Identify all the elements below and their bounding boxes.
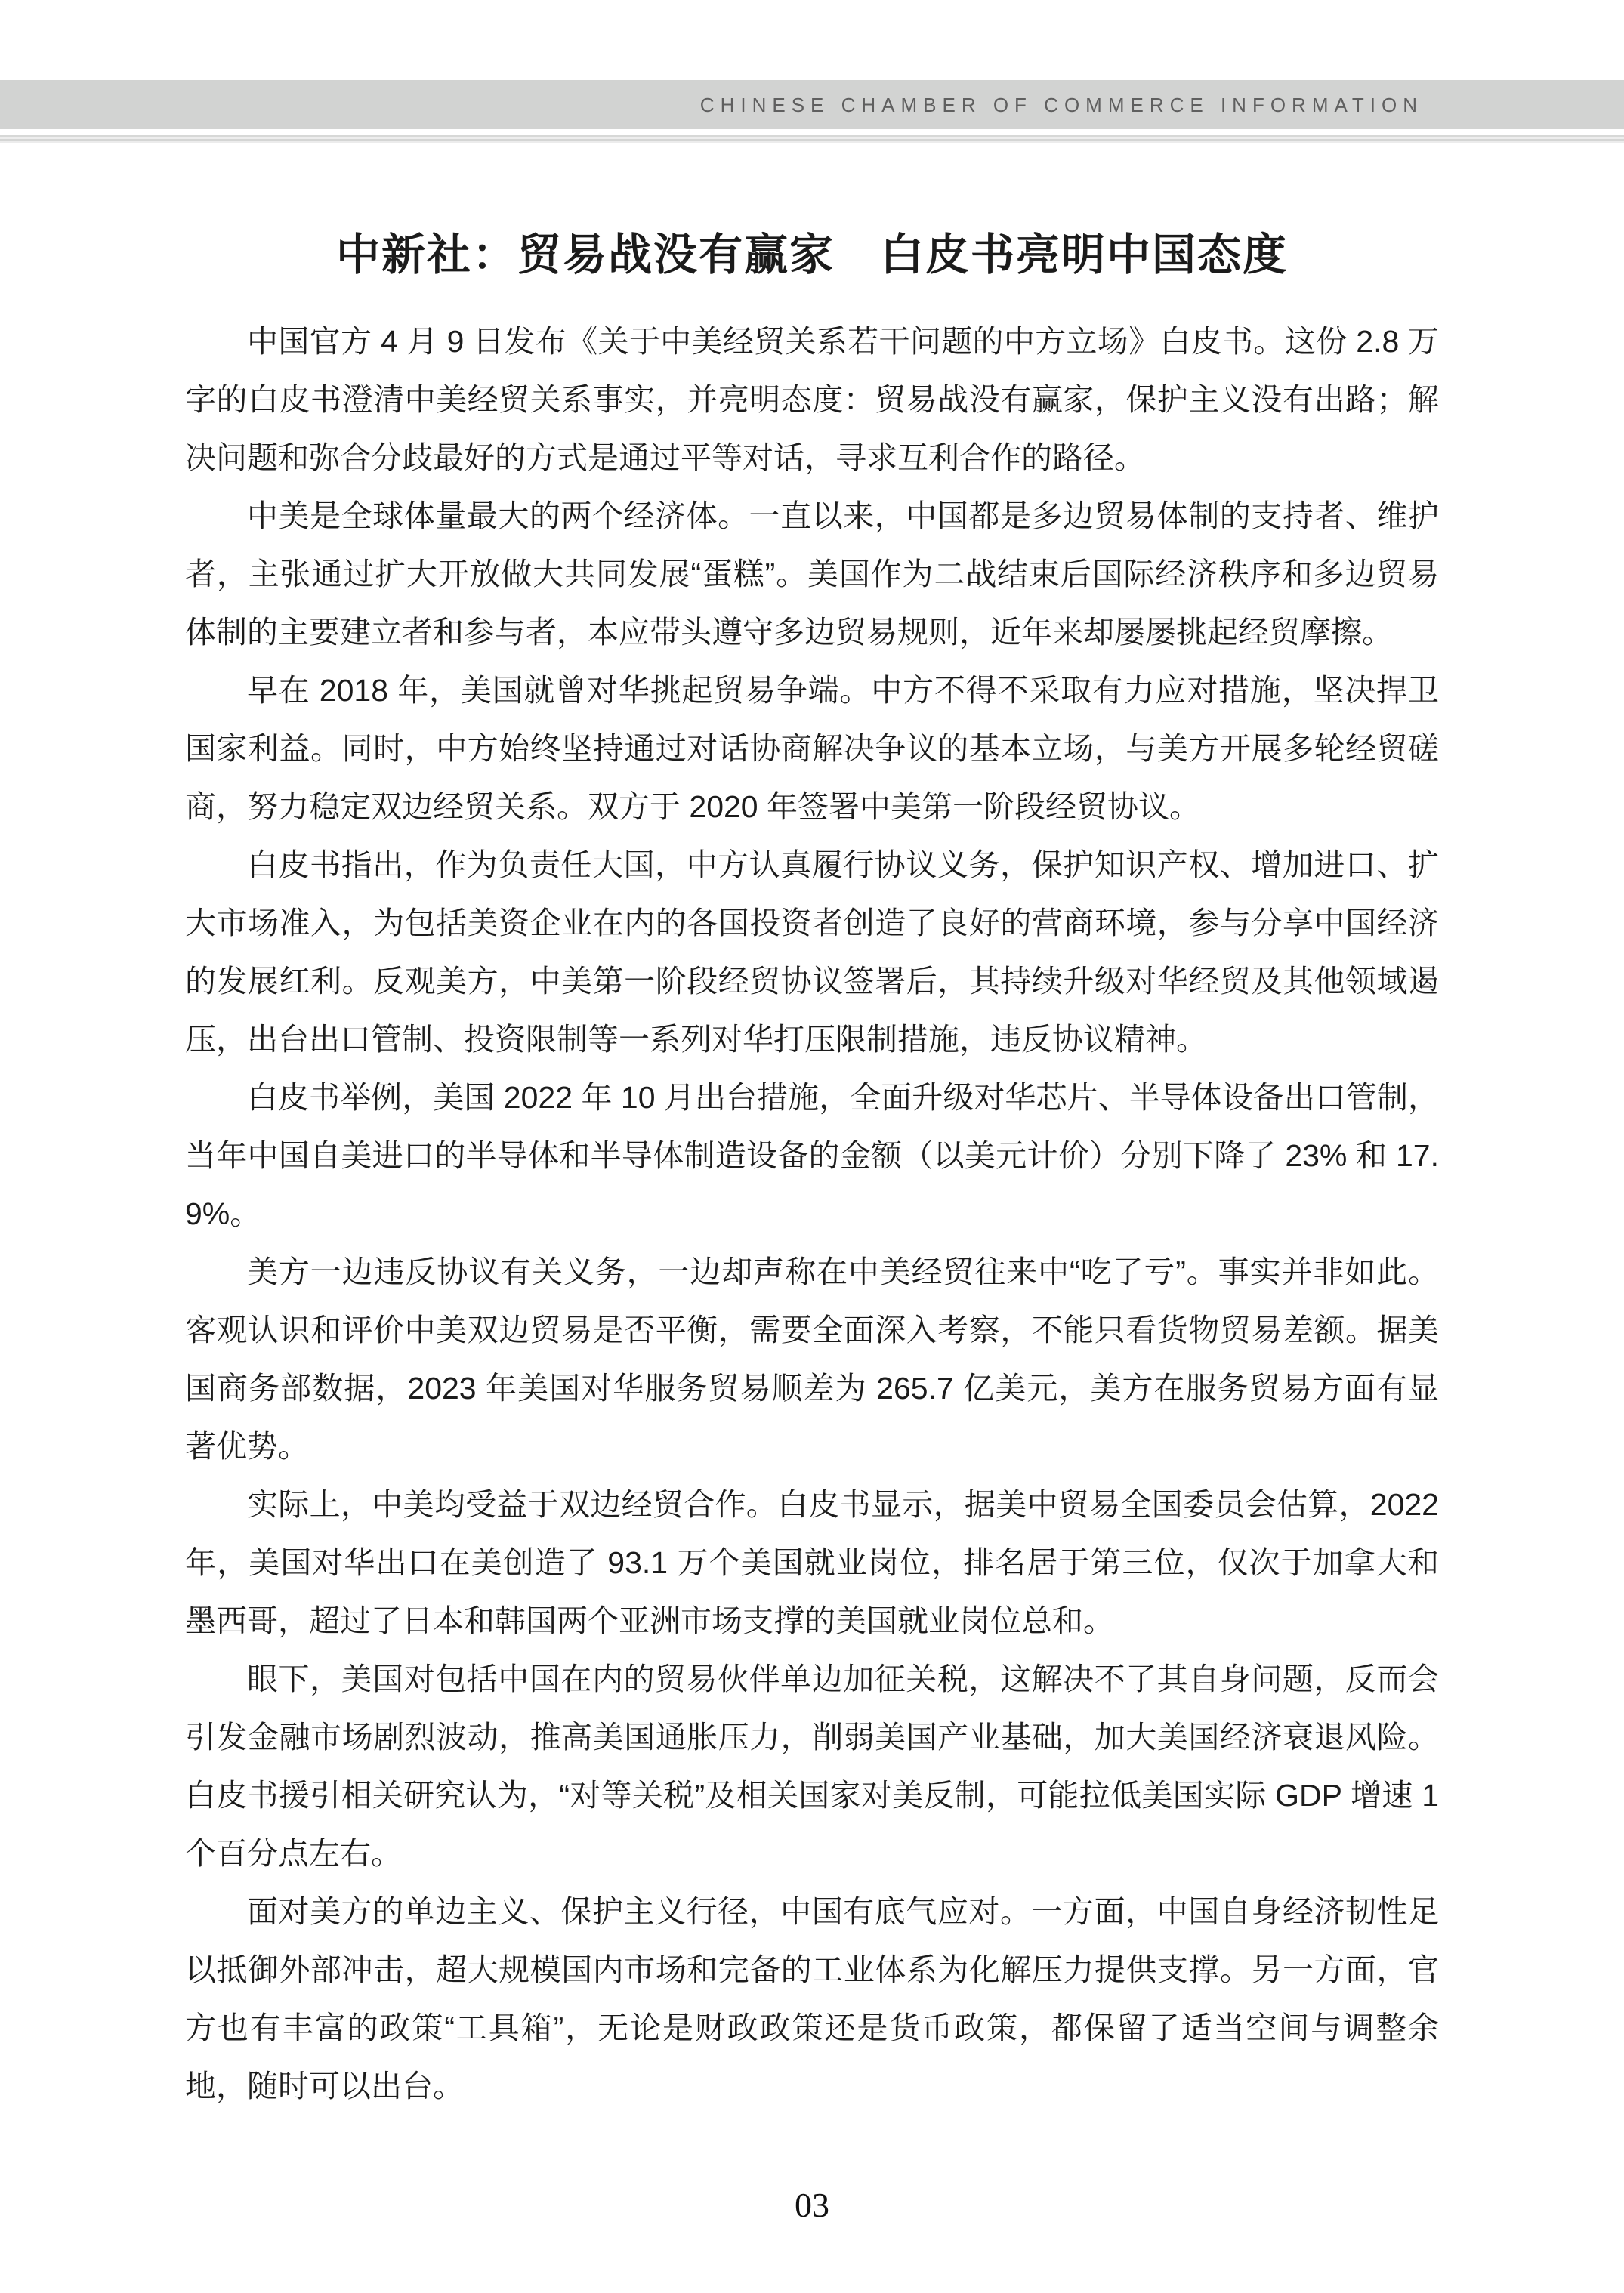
paragraph: 中美是全球体量最大的两个经济体。一直以来，中国都是多边贸易体制的支持者、维护者，… [185,487,1439,662]
document-page: CHINESE CHAMBER OF COMMERCE INFORMATION … [0,0,1624,2293]
paragraph: 白皮书举例，美国 2022 年 10 月出台措施，全面升级对华芯片、半导体设备出… [185,1069,1439,1243]
paragraph: 早在 2018 年，美国就曾对华挑起贸易争端。中方不得不采取有力应对措施，坚决捍… [185,662,1439,836]
header-banner-text: CHINESE CHAMBER OF COMMERCE INFORMATION [0,80,1624,129]
page-number: 03 [0,2185,1624,2225]
paragraph: 中国官方 4 月 9 日发布《关于中美经贸关系若干问题的中方立场》白皮书。这份 … [185,313,1439,487]
paragraph: 面对美方的单边主义、保护主义行径，中国有底气应对。一方面，中国自身经济韧性足以抵… [185,1883,1439,2116]
paragraph: 眼下，美国对包括中国在内的贸易伙伴单边加征关税，这解决不了其自身问题，反而会引发… [185,1650,1439,1883]
paragraph: 美方一边违反协议有关义务，一边却声称在中美经贸往来中“吃了亏”。事实并非如此。客… [185,1243,1439,1476]
paragraph: 实际上，中美均受益于双边经贸合作。白皮书显示，据美中贸易全国委员会估算，2022… [185,1476,1439,1650]
paragraph: 白皮书指出，作为负责任大国，中方认真履行协议义务，保护知识产权、增加进口、扩大市… [185,836,1439,1069]
article-title: 中新社：贸易战没有赢家 白皮书亮明中国态度 [0,229,1624,282]
header-banner: CHINESE CHAMBER OF COMMERCE INFORMATION [0,80,1624,129]
article-body: 中国官方 4 月 9 日发布《关于中美经贸关系若干问题的中方立场》白皮书。这份 … [185,313,1439,2116]
header-divider [0,135,1624,143]
